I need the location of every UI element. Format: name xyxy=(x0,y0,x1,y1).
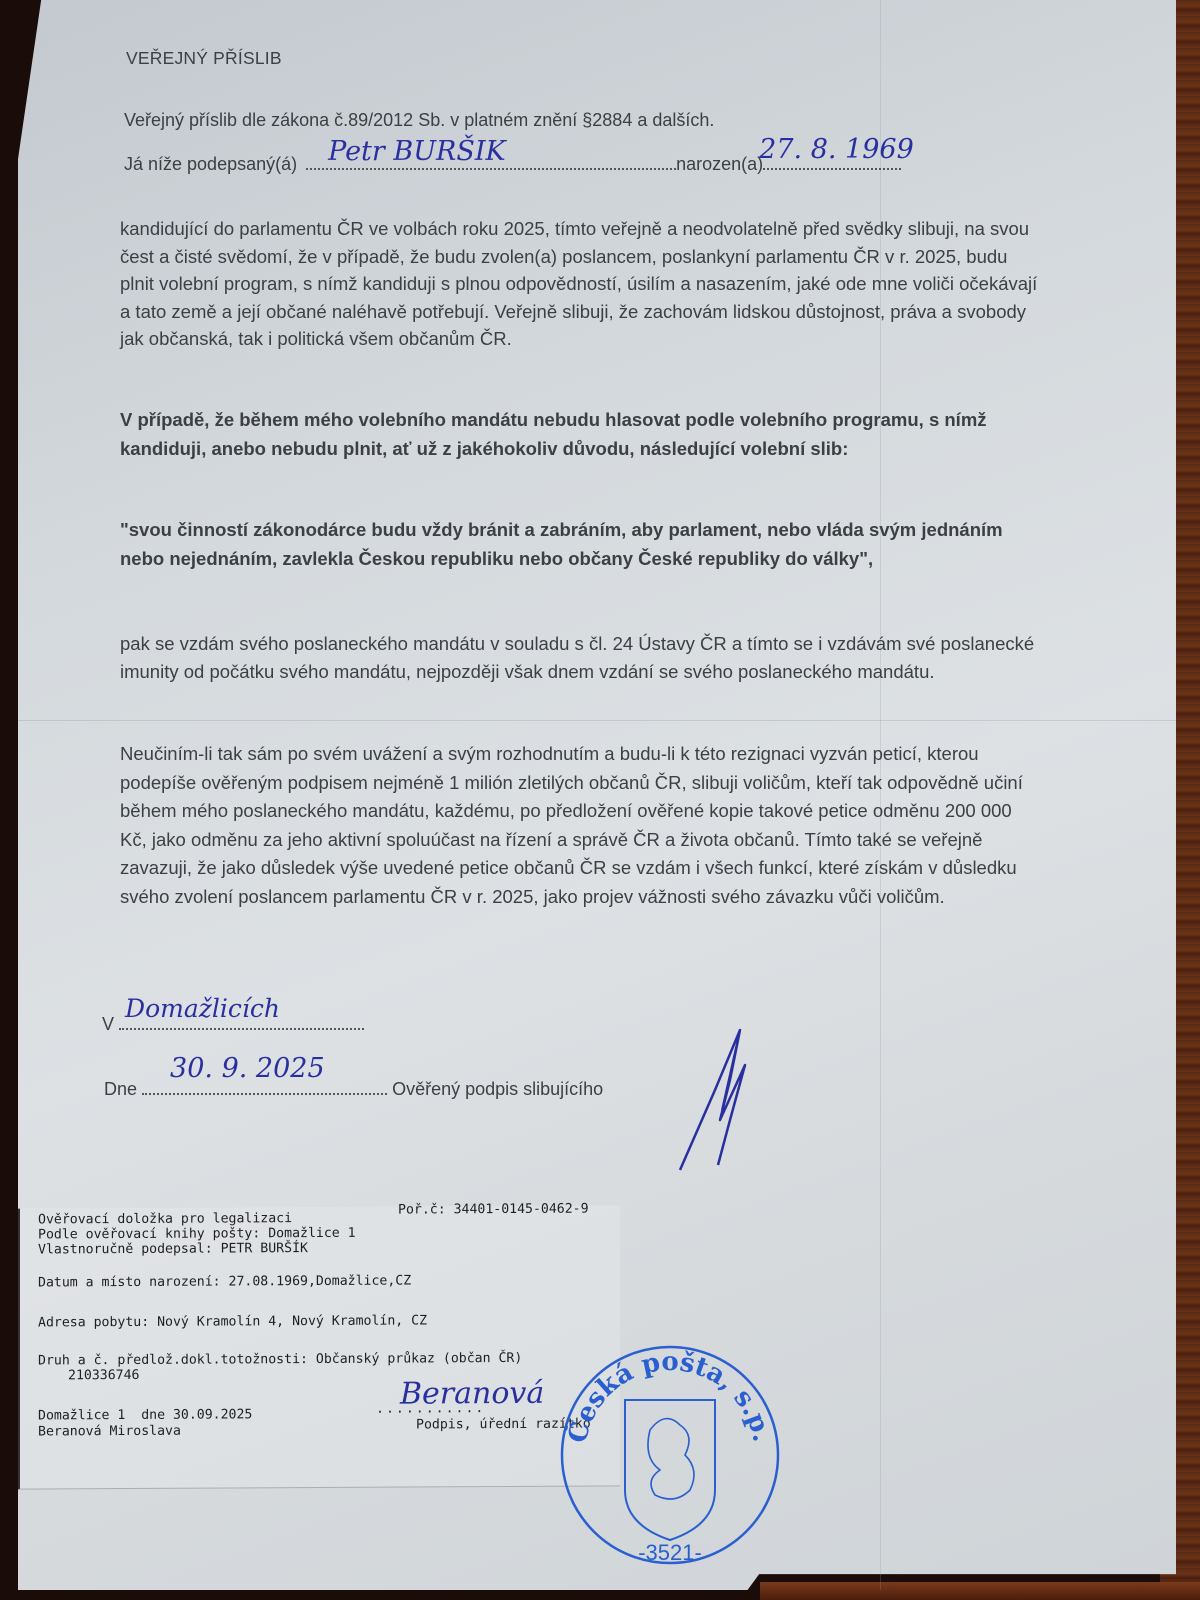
date-field: 30. 9. 2025 xyxy=(142,1075,387,1095)
signer-name-field: Petr BURŠIK xyxy=(306,150,676,170)
date-handwritten: 30. 9. 2025 xyxy=(170,1053,325,1084)
clause-place-date: Domažlice 1 dne 30.09.2025 xyxy=(38,1407,252,1423)
clause-ref: Poř.č: 34401-0145-0462-9 xyxy=(398,1202,589,1218)
place-field: Domažlicích xyxy=(119,1010,364,1030)
clause-book: Podle ověřovací knihy pošty: Domažlice 1 xyxy=(38,1226,356,1243)
paragraph-petition: Neučiním-li tak sám po svém uvážení a sv… xyxy=(120,740,1040,911)
born-label: narozen(a) xyxy=(676,154,763,174)
clause-address: Adresa pobytu: Nový Kramolín 4, Nový Kra… xyxy=(38,1313,427,1330)
signer-label: Já níže podepsaný(á) xyxy=(124,154,297,174)
clause-officer: Beranová Miroslava xyxy=(38,1424,181,1440)
date-line: Dne 30. 9. 2025 Ověřený podpis slibující… xyxy=(104,1075,603,1100)
document-intro: Veřejný příslib dle zákona č.89/2012 Sb.… xyxy=(124,110,714,131)
officer-signature-handwritten: Beranová xyxy=(400,1376,544,1412)
verification-clause: Ověřovací doložka pro legalizaci Poř.č: … xyxy=(18,1205,620,1489)
signer-name-handwritten: Petr BURŠIK xyxy=(328,136,506,167)
stamp-number: -3521- xyxy=(638,1540,702,1565)
signer-signature xyxy=(660,1010,770,1180)
paragraph-pledge: kandidující do parlamentu ČR ve volbách … xyxy=(120,215,1040,353)
clause-id-doc: Druh a č. předlož.dokl.totožnosti: Občan… xyxy=(38,1351,522,1369)
paragraph-condition: V případě, že během mého volebního mandá… xyxy=(120,405,1040,463)
lion-shield-icon xyxy=(625,1400,715,1540)
clause-id-number: 210336746 xyxy=(68,1368,139,1383)
place-label: V xyxy=(102,1014,114,1034)
place-line: V Domažlicích xyxy=(102,1010,364,1035)
paragraph-resignation: pak se vzdám svého poslaneckého mandátu … xyxy=(120,630,1040,685)
clause-birth: Datum a místo narození: 27.08.1969,Domaž… xyxy=(38,1274,411,1291)
wood-table-background-bottom xyxy=(760,1582,1200,1600)
clause-title: Ověřovací doložka pro legalizaci xyxy=(38,1211,292,1227)
post-office-stamp: Česká pošta, s.p. -3521- xyxy=(555,1340,785,1570)
stamp-text: Česká pošta, s.p. xyxy=(561,1347,777,1446)
paragraph-quote: "svou činností zákonodárce budu vždy brá… xyxy=(120,515,1040,573)
clause-ref-number: 34401-0145-0462-9 xyxy=(454,1202,589,1218)
clause-signed-by: Vlastnoručně podepsal: PETR BURŠÍK xyxy=(38,1241,308,1257)
signature-label: Ověřený podpis slibujícího xyxy=(392,1079,603,1099)
born-date-field: 27. 8. 1969 xyxy=(763,150,901,170)
clause-ref-label: Poř.č: xyxy=(398,1202,446,1217)
document-title: VEŘEJNÝ PŘÍSLIB xyxy=(126,48,282,69)
born-date-handwritten: 27. 8. 1969 xyxy=(759,134,914,165)
paper-fold xyxy=(18,720,1176,721)
svg-text:Česká pošta, s.p.: Česká pošta, s.p. xyxy=(561,1347,777,1446)
signer-line: Já níže podepsaný(á) Petr BURŠIK narozen… xyxy=(124,150,901,175)
place-handwritten: Domažlicích xyxy=(125,994,280,1023)
date-label: Dne xyxy=(104,1079,137,1099)
